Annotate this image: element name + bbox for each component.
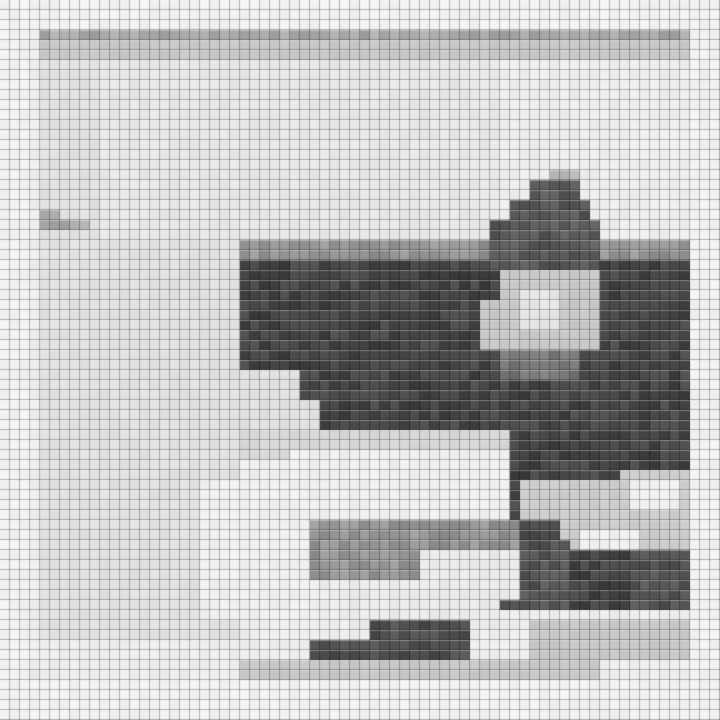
mosaic-canvas <box>0 0 720 720</box>
mosaic-photo <box>0 0 720 720</box>
